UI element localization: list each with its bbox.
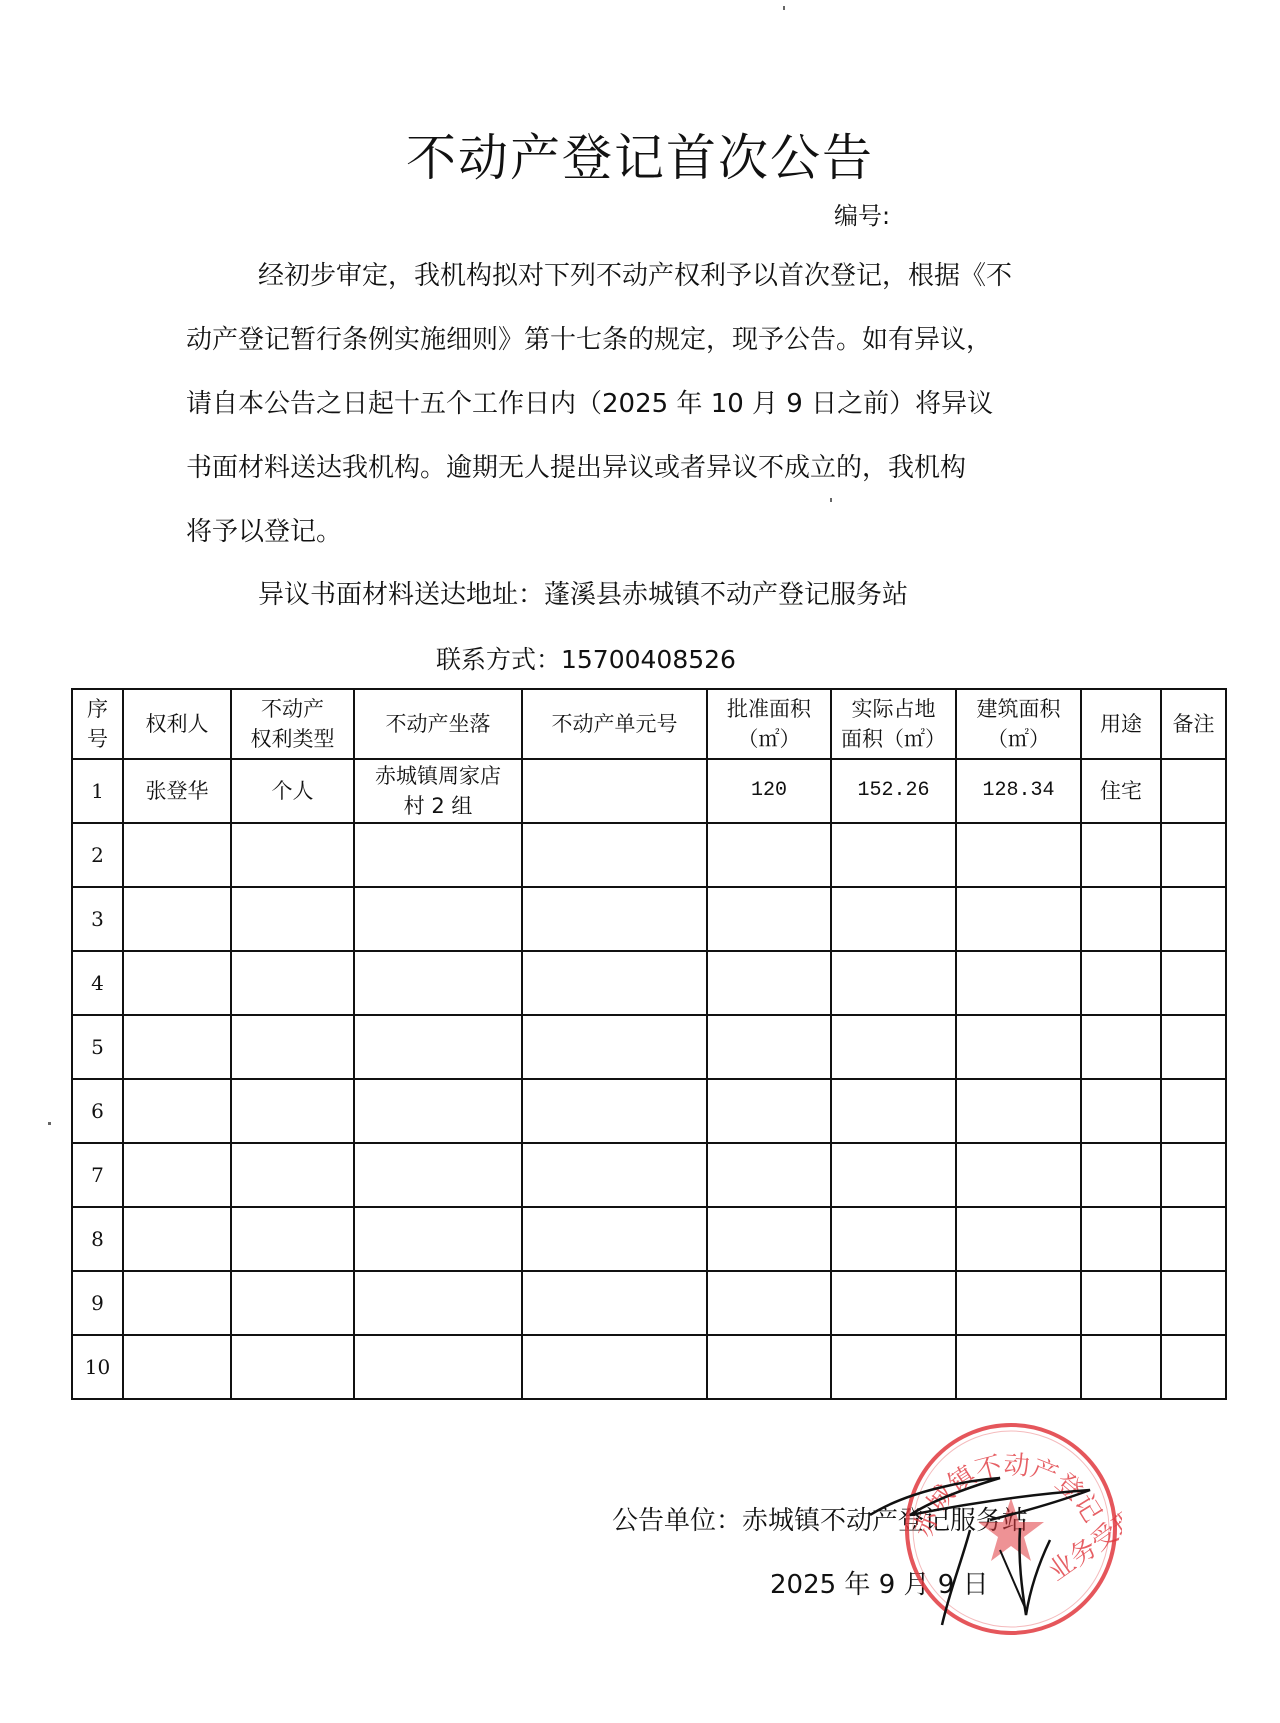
- header-location: 不动产坐落: [354, 689, 522, 759]
- cell-right-type: [231, 951, 354, 1015]
- notice-line: 经初步审定，我机构拟对下列不动产权利予以首次登记，根据《不: [186, 244, 1098, 308]
- cell-owner: [123, 1015, 231, 1079]
- cell-owner: [123, 1207, 231, 1271]
- cell-owner: 张登华: [123, 759, 231, 823]
- cell-usage: [1081, 1271, 1161, 1335]
- table-row: 9: [72, 1271, 1226, 1335]
- cell-right-type: [231, 1271, 354, 1335]
- cell-actual-area: [831, 887, 956, 951]
- cell-approved-area: [707, 823, 831, 887]
- cell-actual-area: [831, 1015, 956, 1079]
- table-row: 7: [72, 1143, 1226, 1207]
- cell-owner: [123, 823, 231, 887]
- cell-unit-no: [522, 1335, 707, 1399]
- cell-usage: [1081, 1207, 1161, 1271]
- cell-usage: [1081, 1015, 1161, 1079]
- header-owner: 权利人: [123, 689, 231, 759]
- cell-right-type: 个人: [231, 759, 354, 823]
- cell-location: [354, 1015, 522, 1079]
- cell-building-area: 128.34: [956, 759, 1081, 823]
- cell-approved-area: [707, 1079, 831, 1143]
- cell-building-area: [956, 1335, 1081, 1399]
- cell-owner: [123, 1143, 231, 1207]
- cell-approved-area: [707, 1015, 831, 1079]
- cell-serial: 6: [72, 1079, 123, 1143]
- notice-body: 经初步审定，我机构拟对下列不动产权利予以首次登记，根据《不 动产登记暂行条例实施…: [186, 244, 1098, 564]
- cell-remark: [1161, 887, 1226, 951]
- cell-usage: [1081, 1079, 1161, 1143]
- table-row: 8: [72, 1207, 1226, 1271]
- table-row: 2: [72, 823, 1226, 887]
- cell-location: [354, 1271, 522, 1335]
- table-row: 1 张登华 个人 赤城镇周家店村 2 组 120 152.26 128.34 住…: [72, 759, 1226, 823]
- notice-line: 书面材料送达我机构。逾期无人提出异议或者异议不成立的，我机构: [186, 436, 1098, 500]
- cell-location: [354, 1143, 522, 1207]
- cell-unit-no: [522, 887, 707, 951]
- table-row: 6: [72, 1079, 1226, 1143]
- cell-actual-area: [831, 1079, 956, 1143]
- header-actual-area: 实际占地面积（㎡）: [831, 689, 956, 759]
- issuing-unit: 公告单位：赤城镇不动产登记服务站: [612, 1500, 1028, 1537]
- cell-serial: 8: [72, 1207, 123, 1271]
- cell-serial: 3: [72, 887, 123, 951]
- cell-right-type: [231, 823, 354, 887]
- cell-serial: 4: [72, 951, 123, 1015]
- cell-building-area: [956, 823, 1081, 887]
- table-row: 4: [72, 951, 1226, 1015]
- header-approved-area: 批准面积（㎡）: [707, 689, 831, 759]
- header-remark: 备注: [1161, 689, 1226, 759]
- issue-date: 2025 年 9 月 9 日: [770, 1564, 989, 1601]
- cell-actual-area: [831, 1207, 956, 1271]
- cell-remark: [1161, 1143, 1226, 1207]
- cell-right-type: [231, 1015, 354, 1079]
- cell-remark: [1161, 823, 1226, 887]
- cell-serial: 1: [72, 759, 123, 823]
- cell-right-type: [231, 1143, 354, 1207]
- cell-serial: 9: [72, 1271, 123, 1335]
- cell-usage: [1081, 951, 1161, 1015]
- handwritten-signature-icon: [850, 1460, 1130, 1630]
- cell-approved-area: [707, 887, 831, 951]
- cell-building-area: [956, 1079, 1081, 1143]
- cell-building-area: [956, 1143, 1081, 1207]
- notice-line: 请自本公告之日起十五个工作日内（2025 年 10 月 9 日之前）将异议: [186, 372, 1098, 436]
- cell-usage: [1081, 1335, 1161, 1399]
- cell-serial: 10: [72, 1335, 123, 1399]
- cell-location: [354, 1207, 522, 1271]
- header-serial: 序号: [72, 689, 123, 759]
- cell-usage: [1081, 823, 1161, 887]
- cell-serial: 2: [72, 823, 123, 887]
- cell-remark: [1161, 951, 1226, 1015]
- cell-building-area: [956, 1271, 1081, 1335]
- serial-number-label: 编号:: [834, 196, 890, 231]
- scan-speck: [48, 1122, 51, 1125]
- cell-approved-area: [707, 1143, 831, 1207]
- cell-remark: [1161, 1079, 1226, 1143]
- table-row: 10: [72, 1335, 1226, 1399]
- seal-bottom-text: 业务受理章: [1043, 1488, 1122, 1587]
- cell-unit-no: [522, 1015, 707, 1079]
- cell-unit-no: [522, 1079, 707, 1143]
- cell-unit-no: [522, 1143, 707, 1207]
- contact-info: 联系方式：15700408526: [436, 640, 736, 676]
- cell-approved-area: [707, 1271, 831, 1335]
- cell-unit-no: [522, 1271, 707, 1335]
- scan-speck: [783, 6, 785, 10]
- table-header-row: 序号 权利人 不动产权利类型 不动产坐落 不动产单元号 批准面积（㎡） 实际占地…: [72, 689, 1226, 759]
- notice-line: 将予以登记。: [186, 500, 1098, 564]
- cell-approved-area: [707, 1335, 831, 1399]
- cell-approved-area: [707, 951, 831, 1015]
- cell-location: [354, 1079, 522, 1143]
- cell-owner: [123, 1079, 231, 1143]
- page-title: 不动产登记首次公告: [0, 118, 1280, 190]
- cell-owner: [123, 951, 231, 1015]
- cell-approved-area: 120: [707, 759, 831, 823]
- table-row: 5: [72, 1015, 1226, 1079]
- registration-table: 序号 权利人 不动产权利类型 不动产坐落 不动产单元号 批准面积（㎡） 实际占地…: [71, 688, 1227, 1400]
- cell-location: [354, 887, 522, 951]
- cell-actual-area: 152.26: [831, 759, 956, 823]
- cell-actual-area: [831, 1143, 956, 1207]
- notice-line: 动产登记暂行条例实施细则》第十七条的规定，现予公告。如有异议，: [186, 308, 1098, 372]
- cell-remark: [1161, 1271, 1226, 1335]
- cell-remark: [1161, 1015, 1226, 1079]
- svg-text:业务受理章: 业务受理章: [1043, 1488, 1122, 1587]
- header-building-area: 建筑面积（㎡）: [956, 689, 1081, 759]
- cell-unit-no: [522, 1207, 707, 1271]
- cell-unit-no: [522, 823, 707, 887]
- header-unit-no: 不动产单元号: [522, 689, 707, 759]
- cell-location: 赤城镇周家店村 2 组: [354, 759, 522, 823]
- cell-actual-area: [831, 1335, 956, 1399]
- cell-location: [354, 1335, 522, 1399]
- cell-right-type: [231, 887, 354, 951]
- cell-unit-no: [522, 951, 707, 1015]
- cell-actual-area: [831, 951, 956, 1015]
- cell-usage: [1081, 887, 1161, 951]
- cell-remark: [1161, 759, 1226, 823]
- cell-approved-area: [707, 1207, 831, 1271]
- objection-address: 异议书面材料送达地址：蓬溪县赤城镇不动产登记服务站: [258, 574, 908, 611]
- header-right-type: 不动产权利类型: [231, 689, 354, 759]
- cell-serial: 5: [72, 1015, 123, 1079]
- cell-usage: 住宅: [1081, 759, 1161, 823]
- cell-unit-no: [522, 759, 707, 823]
- cell-usage: [1081, 1143, 1161, 1207]
- cell-location: [354, 951, 522, 1015]
- cell-building-area: [956, 951, 1081, 1015]
- cell-owner: [123, 887, 231, 951]
- header-usage: 用途: [1081, 689, 1161, 759]
- cell-building-area: [956, 1207, 1081, 1271]
- cell-right-type: [231, 1207, 354, 1271]
- cell-building-area: [956, 887, 1081, 951]
- cell-owner: [123, 1271, 231, 1335]
- table-row: 3: [72, 887, 1226, 951]
- cell-location: [354, 823, 522, 887]
- cell-right-type: [231, 1079, 354, 1143]
- cell-building-area: [956, 1015, 1081, 1079]
- cell-actual-area: [831, 823, 956, 887]
- cell-remark: [1161, 1207, 1226, 1271]
- cell-remark: [1161, 1335, 1226, 1399]
- cell-owner: [123, 1335, 231, 1399]
- cell-right-type: [231, 1335, 354, 1399]
- cell-actual-area: [831, 1271, 956, 1335]
- cell-serial: 7: [72, 1143, 123, 1207]
